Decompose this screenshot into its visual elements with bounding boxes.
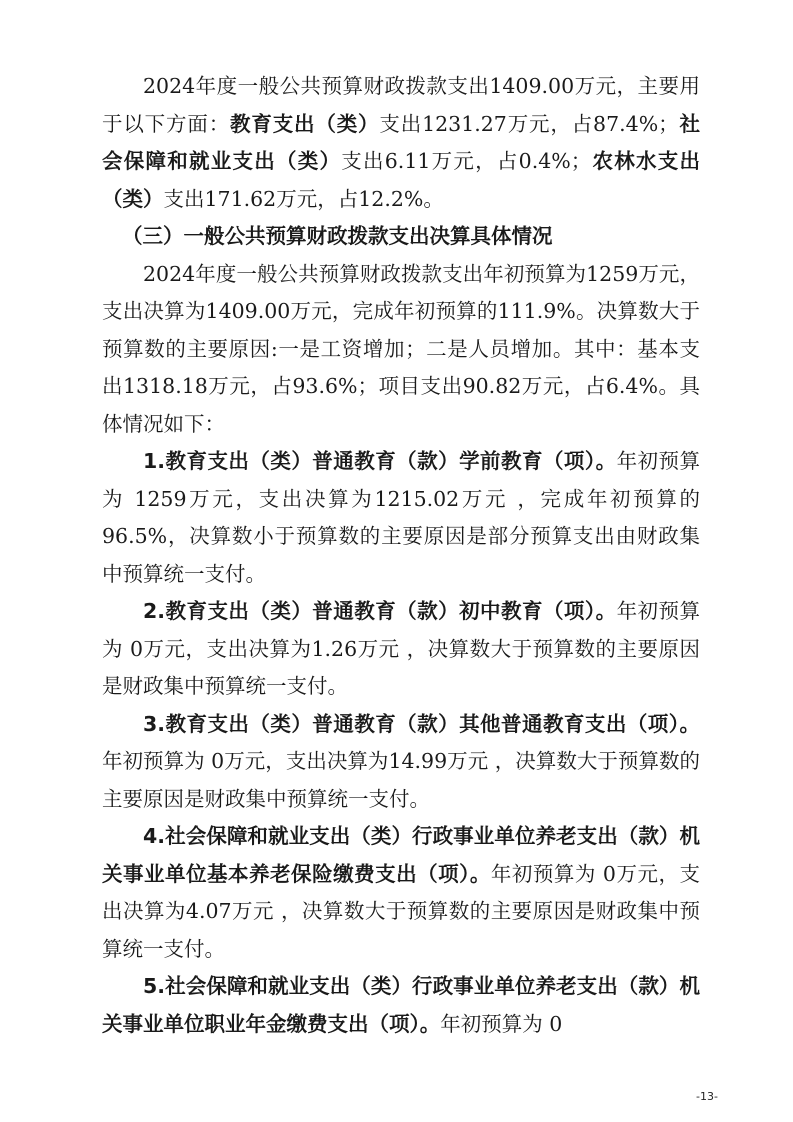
item-title: 2.教育支出（类）普通教育（款）初中教育（项）。 xyxy=(143,599,617,623)
item-body: 年初预算为 0 xyxy=(440,1012,562,1036)
item-paragraph: 4.社会保障和就业支出（类）行政事业单位养老支出（款）机关事业单位基本养老保险缴… xyxy=(102,818,700,968)
summary-paragraph: 2024年度一般公共预算财政拨款支出1409.00万元，主要用于以下方面：教育支… xyxy=(102,68,700,218)
section-heading: （三）一般公共预算财政拨款支出决算具体情况 xyxy=(102,218,700,256)
item-paragraph: 1.教育支出（类）普通教育（款）学前教育（项）。年初预算为 1259万元，支出决… xyxy=(102,443,700,593)
item-paragraph: 5.社会保障和就业支出（类）行政事业单位养老支出（款）机关事业单位职业年金缴费支… xyxy=(102,968,700,1043)
document-page: 2024年度一般公共预算财政拨款支出1409.00万元，主要用于以下方面：教育支… xyxy=(102,68,700,1043)
text: 支出171.62万元，占12.2%。 xyxy=(164,187,444,211)
item-paragraph: 2.教育支出（类）普通教育（款）初中教育（项）。年初预算为 0万元，支出决算为1… xyxy=(102,593,700,706)
page-number: -13- xyxy=(696,1090,718,1103)
bold-term: 教育支出（类） xyxy=(230,112,379,136)
overview-paragraph: 2024年度一般公共预算财政拨款支出年初预算为1259万元，支出决算为1409.… xyxy=(102,256,700,444)
text: 支出1231.27万元，占87.4%； xyxy=(379,112,678,136)
item-title: 5.社会保障和就业支出（类）行政事业单位养老支出（款）机关事业单位职业年金缴费支… xyxy=(102,974,700,1036)
text: 支出6.11万元，占0.4%； xyxy=(341,149,591,173)
item-paragraph: 3.教育支出（类）普通教育（款）其他普通教育支出（项）。年初预算为 0万元，支出… xyxy=(102,706,700,819)
item-body: 年初预算为 0万元，支出决算为14.99万元 ，决算数大于预算数的主要原因是财政… xyxy=(102,749,700,811)
item-title: 3.教育支出（类）普通教育（款）其他普通教育支出（项）。 xyxy=(143,712,700,736)
item-title: 1.教育支出（类）普通教育（款）学前教育（项）。 xyxy=(143,449,617,473)
